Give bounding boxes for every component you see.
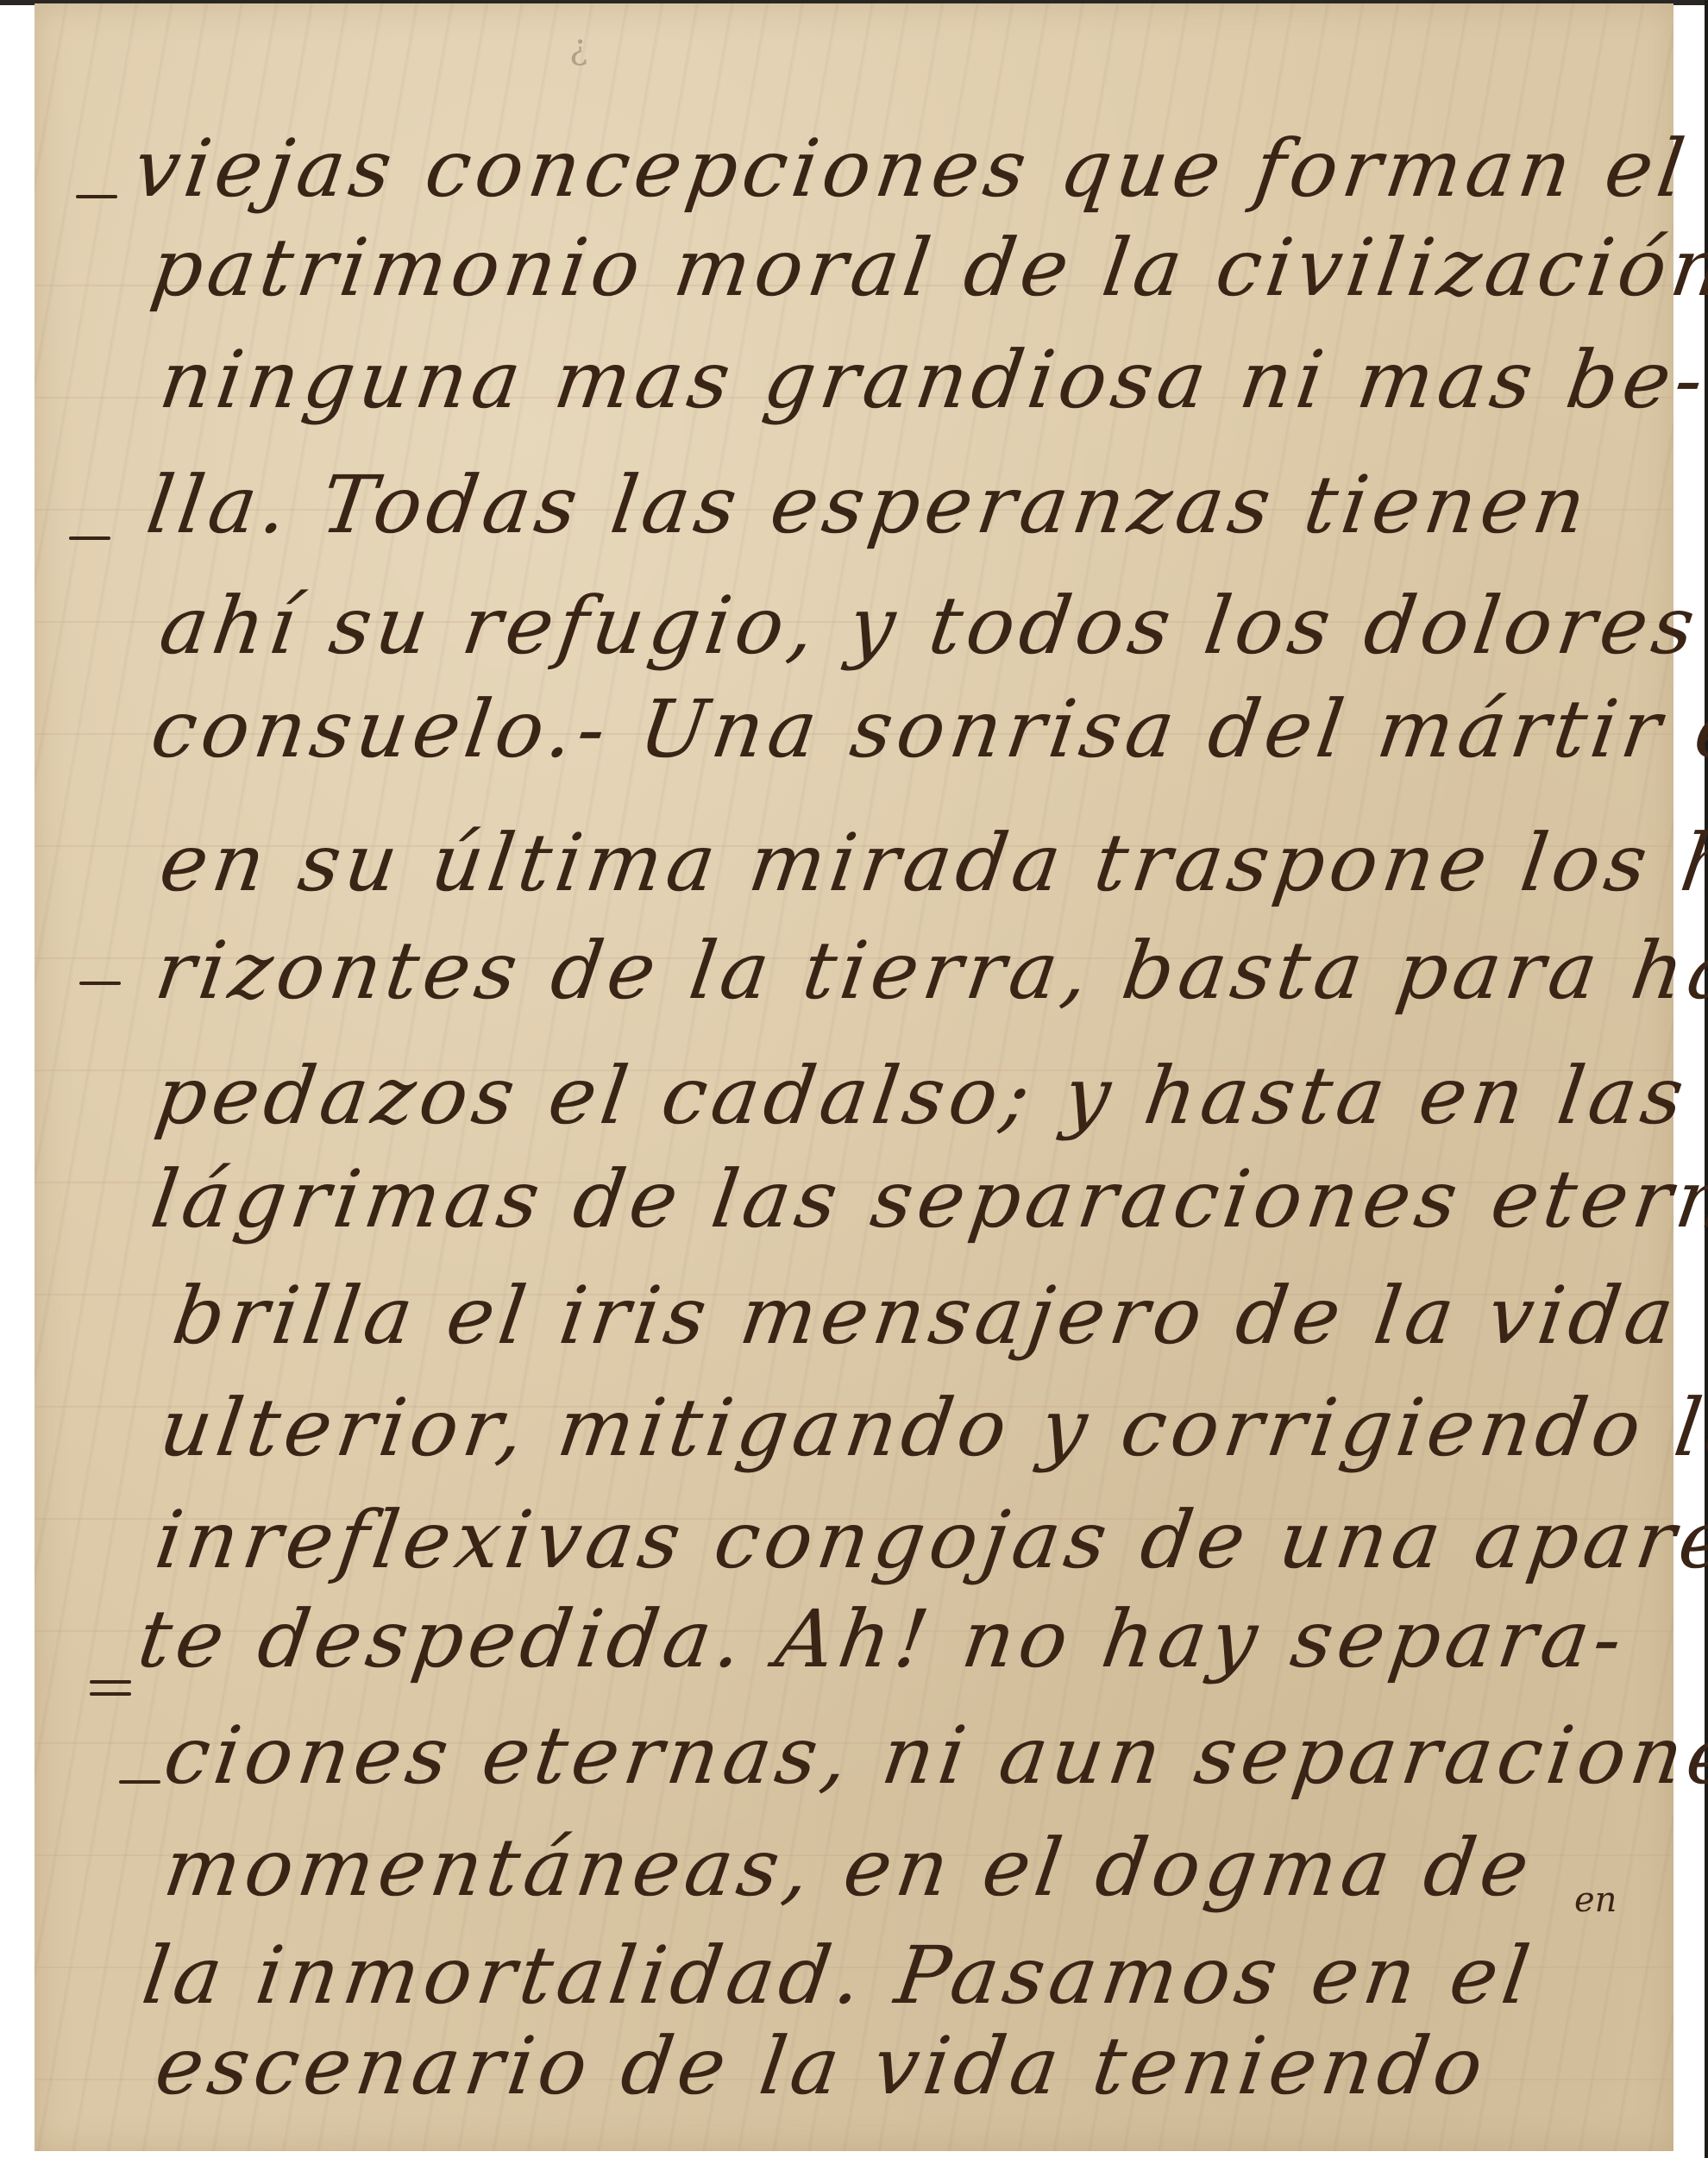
margin-hyphen-mark <box>69 536 110 540</box>
margin-hyphen-mark <box>119 1780 160 1784</box>
manuscript-line-2: patrimonio moral de la civilización <box>147 229 1659 308</box>
manuscript-line-15: ciones eternas, ni aun separaciones <box>160 1716 1672 1796</box>
manuscript-line-18: escenario de la vida teniendo <box>151 2027 1663 2106</box>
margin-equals-mark <box>90 1692 131 1696</box>
manuscript-line-4: lla. Todas las esperanzas tienen <box>142 466 1655 545</box>
margin-hyphen-mark <box>76 195 117 198</box>
margin-hyphen-mark <box>79 982 121 985</box>
manuscript-line-10: lágrimas de las separaciones eternas <box>147 1160 1659 1239</box>
interlinear-insert: en <box>1574 1880 1617 1920</box>
manuscript-line-5: ahí su refugio, y todos los dolores su <box>155 587 1667 666</box>
manuscript-line-1: viejas concepciones que forman el <box>129 129 1642 209</box>
manuscript-line-3: ninguna mas grandiosa ni mas be- <box>155 341 1667 420</box>
manuscript-line-9: pedazos el cadalso; y hasta en las <box>151 1057 1663 1136</box>
manuscript-line-7: en su última mirada traspone los ho- <box>155 824 1667 903</box>
manuscript-line-11: brilla el iris mensajero de la vida <box>168 1277 1680 1356</box>
manuscript-line-12: ulterior, mitigando y corrigiendo las <box>155 1389 1667 1468</box>
manuscript-line-13: inreflexivas congojas de una aparen- <box>151 1501 1663 1580</box>
manuscript-line-17: la inmortalidad. Pasamos en el <box>138 1936 1650 2016</box>
manuscript-line-8: rizontes de la tierra, basta para hacer <box>151 932 1663 1011</box>
manuscript-line-16: momentáneas, en el dogma de <box>160 1829 1672 1908</box>
manuscript-line-6: consuelo.- Una sonrisa del mártir el <box>147 690 1659 769</box>
scan-right-border <box>1705 0 1708 2158</box>
manuscript-line-14: te despedida. Ah! no hay separa- <box>134 1600 1646 1679</box>
margin-equals-mark <box>90 1680 131 1684</box>
faint-page-mark: ¿ <box>569 28 587 67</box>
